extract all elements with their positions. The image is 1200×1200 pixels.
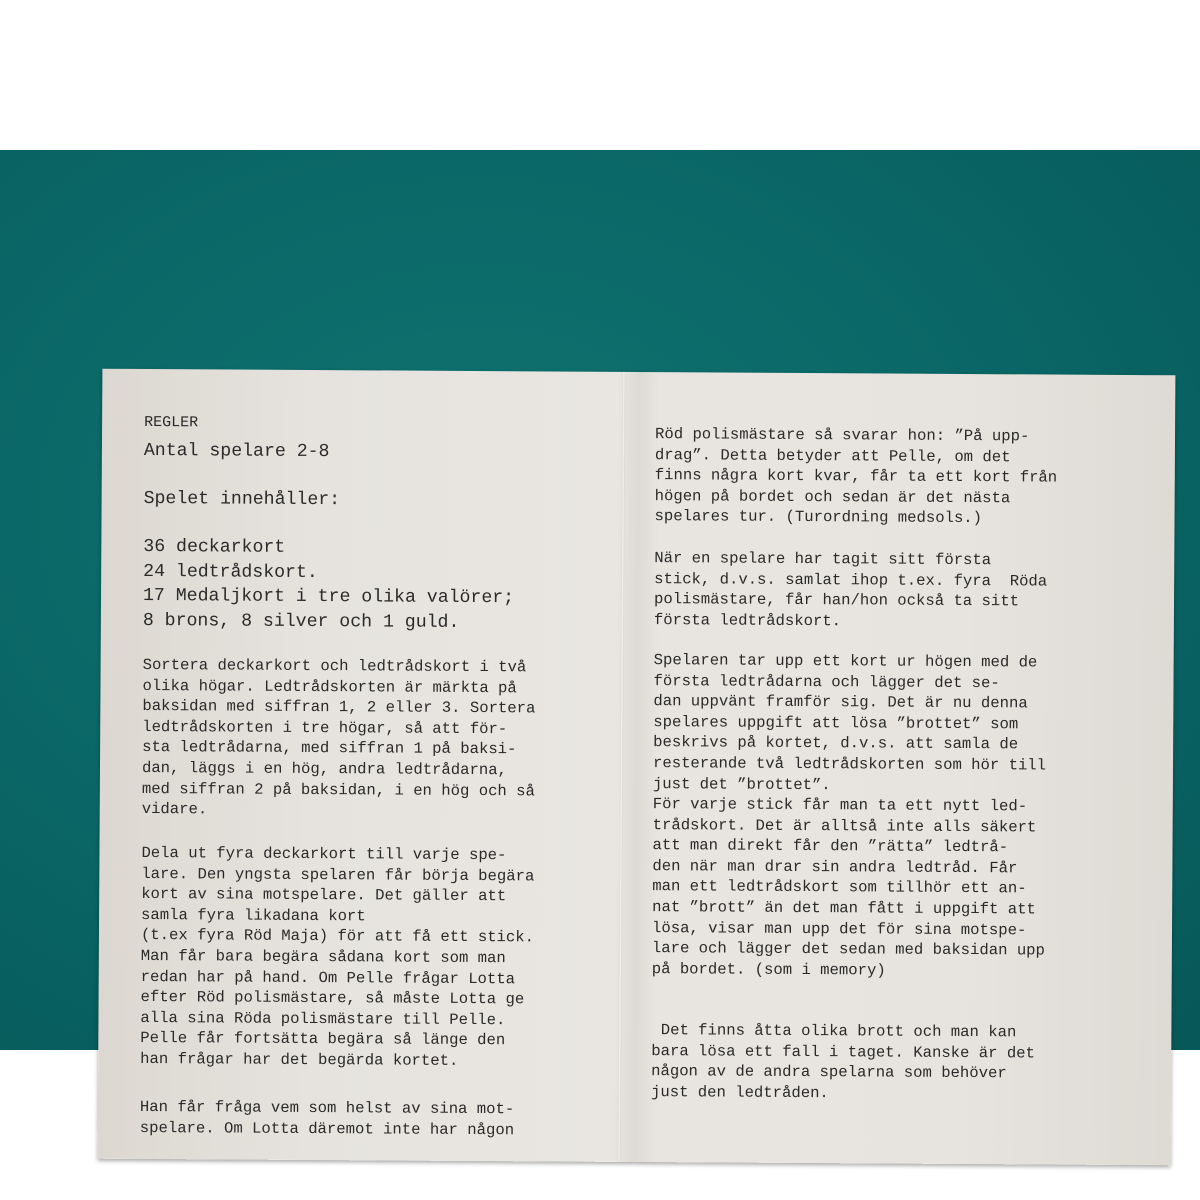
- paragraph-new-clue: För varje stick får man ta ett nytt led-…: [652, 794, 1046, 982]
- left-page: REGLER Antal spelare 2-8 Spelet innehåll…: [140, 369, 605, 1162]
- page-fold: [618, 372, 626, 1162]
- contents-list: 36 deckarkort 24 ledtrådskort. 17 Medalj…: [143, 535, 515, 635]
- paragraph-solve-crime: Spelaren tar upp ett kort ur högen med d…: [653, 650, 1047, 797]
- right-page: Röd polismästare så svarar hon: ”På upp-…: [651, 372, 1126, 1165]
- rules-sheet: REGLER Antal spelare 2-8 Spelet innehåll…: [98, 369, 1176, 1166]
- paragraph-eight-crimes: Det finns åtta olika brott och man kan b…: [651, 1020, 1035, 1105]
- paragraph-sorting: Sortera deckarkort och ledtrådskort i tv…: [142, 655, 536, 822]
- contents-heading: Spelet innehåller:: [144, 487, 341, 513]
- players-count: Antal spelare 2-8: [144, 439, 330, 465]
- rules-heading: REGLER: [144, 413, 198, 434]
- paragraph-on-assignment: Röd polismästare så svarar hon: ”På upp-…: [654, 424, 1057, 529]
- photo-background: REGLER Antal spelare 2-8 Spelet innehåll…: [0, 150, 1200, 1050]
- paragraph-first-trick: När en spelare har tagit sitt första sti…: [654, 548, 1048, 633]
- paragraph-asking: Han får fråga vem som helst av sina mot-…: [140, 1097, 515, 1140]
- paragraph-dealing: Dela ut fyra deckarkort till varje spe- …: [140, 843, 534, 1072]
